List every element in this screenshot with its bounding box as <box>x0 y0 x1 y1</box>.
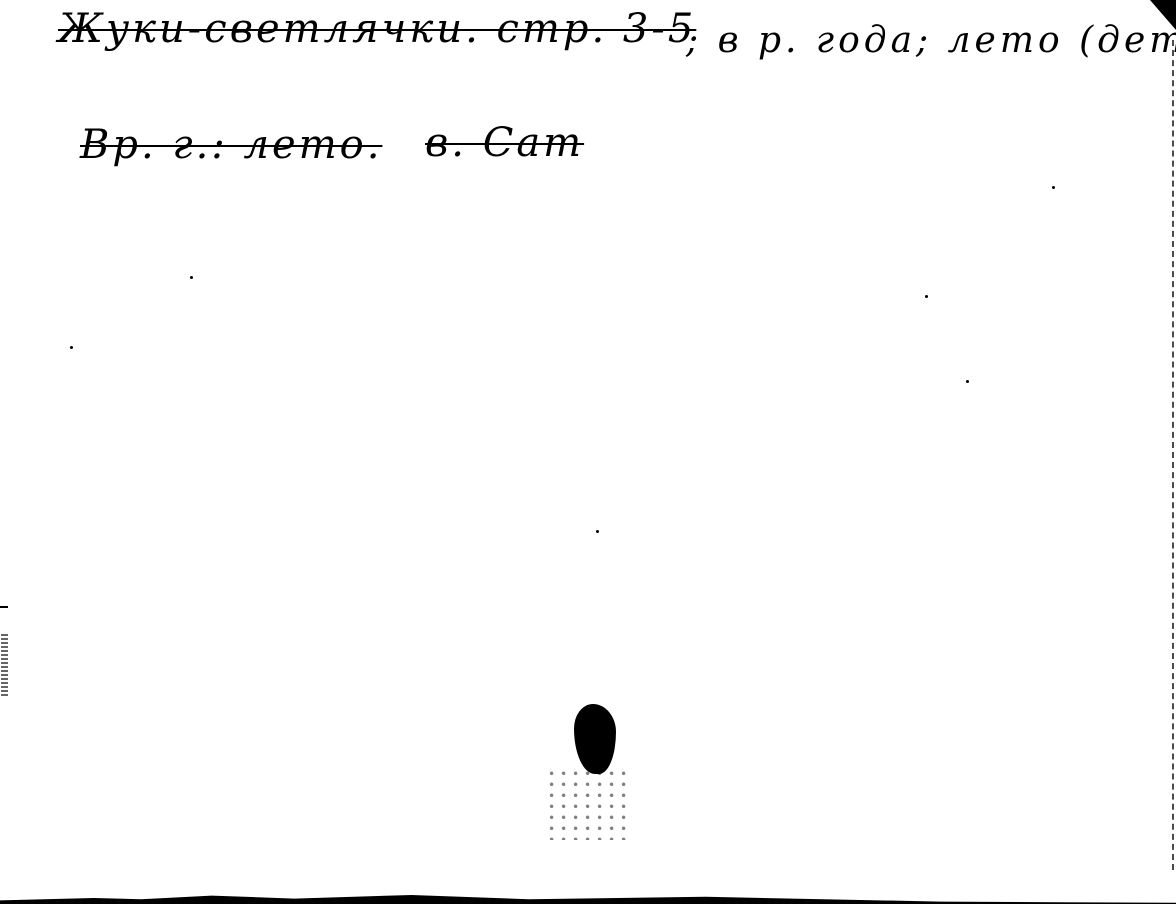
scan-left-mark <box>0 606 8 608</box>
speck <box>1052 186 1055 189</box>
ink-blot <box>574 704 616 774</box>
speck <box>190 276 193 279</box>
line-1-struck-text: Жуки-светлячки. стр. 3-5 <box>58 6 696 52</box>
line-2-struck-text-2: в. Сат <box>425 120 584 166</box>
scan-left-noise <box>1 632 8 696</box>
index-card: Жуки-светлячки. стр. 3-5 ; в р. года; ле… <box>0 0 1176 904</box>
line-1-text: ; в р. года; лето (дети) <box>686 20 1176 61</box>
line-2-struck-text: Вр. г.: лето. <box>80 122 382 168</box>
speck <box>596 530 599 533</box>
scan-bottom-edge <box>0 892 1176 904</box>
speck <box>966 380 969 383</box>
speck <box>70 346 73 349</box>
ink-spatter <box>548 770 628 840</box>
scan-right-edge <box>1170 40 1174 870</box>
speck <box>925 295 928 298</box>
